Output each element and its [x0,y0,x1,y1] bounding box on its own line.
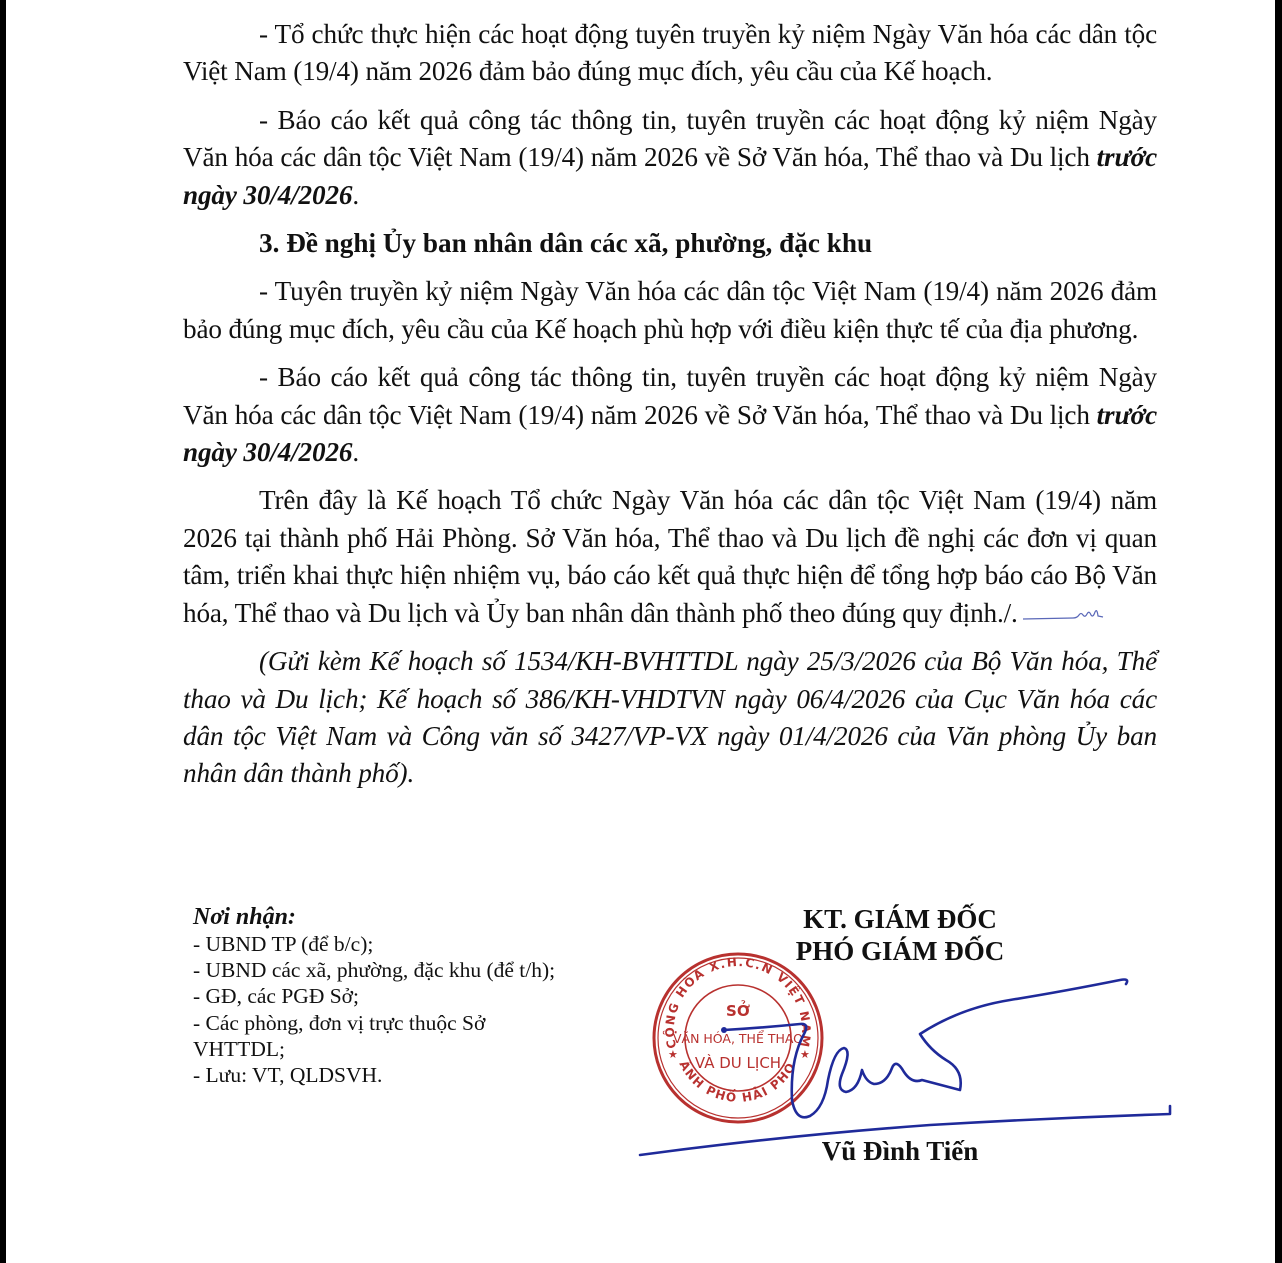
signer-name: Vũ Đình Tiến [630,1135,1170,1167]
recipient-item: - Lưu: VT, QLDSVH. [193,1062,633,1088]
paragraph-organize-activities: - Tổ chức thực hiện các hoạt động tuyên … [183,16,1157,91]
section-3-heading: 3. Đề nghị Ủy ban nhân dân các xã, phườn… [183,225,1157,262]
paragraph-report-department: - Báo cáo kết quả công tác thông tin, tu… [183,102,1157,214]
period: . [352,437,359,467]
recipient-item: - UBND TP (để b/c); [193,931,633,957]
handwritten-signature-icon [630,950,1180,1160]
report-text: - Báo cáo kết quả công tác thông tin, tu… [183,105,1157,172]
closing-text: Trên đây là Kế hoạch Tổ chức Ngày Văn hó… [183,485,1157,627]
document-body: - Tổ chức thực hiện các hoạt động tuyên … [183,16,1157,793]
recipient-item: - UBND các xã, phường, đặc khu (để t/h); [193,957,633,983]
paragraph-propaganda: - Tuyên truyền kỷ niệm Ngày Văn hóa các … [183,273,1157,348]
scan-border-left [0,0,6,1263]
recipient-item: - Các phòng, đơn vị trực thuộc Sở VHTTDL… [193,1010,543,1062]
signer-title-line1: KT. GIÁM ĐỐC [630,903,1170,935]
paragraph-closing: Trên đây là Kế hoạch Tổ chức Ngày Văn hó… [183,482,1157,632]
scan-border-right [1275,0,1282,1263]
initials-mark-icon [1021,606,1105,622]
signature-block: KT. GIÁM ĐỐC PHÓ GIÁM ĐỐC CỘNG HÒA X.H.C… [640,900,1180,1180]
period: . [352,180,359,210]
recipients-block: Nơi nhận: - UBND TP (để b/c); - UBND các… [193,903,633,1088]
paragraph-attachment-note: (Gửi kèm Kế hoạch số 1534/KH-BVHTTDL ngà… [183,643,1157,793]
report-text: - Báo cáo kết quả công tác thông tin, tu… [183,362,1157,429]
recipients-title: Nơi nhận: [193,903,633,931]
recipient-item: - GĐ, các PGĐ Sở; [193,983,633,1009]
paragraph-report-communes: - Báo cáo kết quả công tác thông tin, tu… [183,359,1157,471]
